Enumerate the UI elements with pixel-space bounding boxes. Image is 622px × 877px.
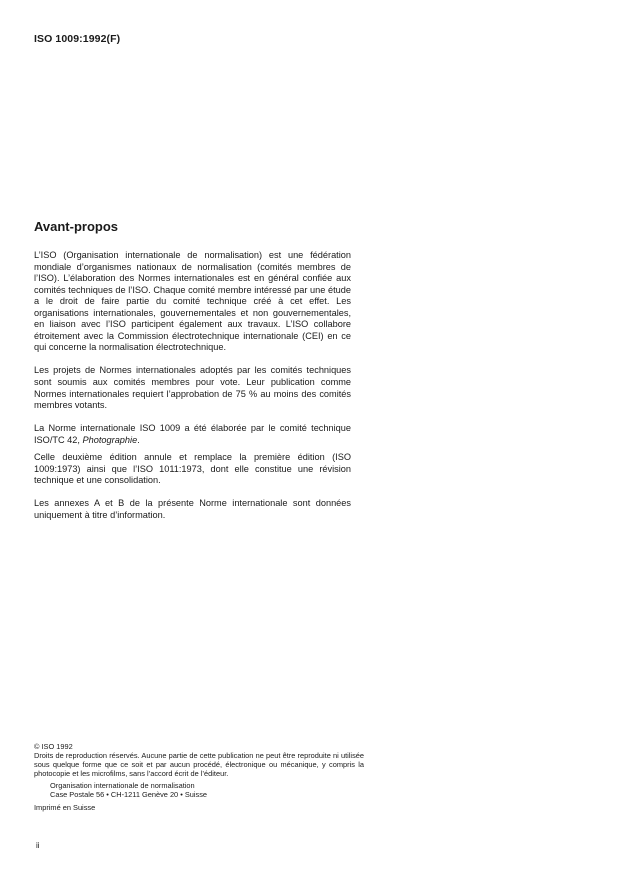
committee-name: Photographie xyxy=(83,435,138,445)
page-number: ii xyxy=(36,841,40,850)
rights-statement: Droits de reproduction réservés. Aucune … xyxy=(34,751,364,778)
document-id: ISO 1009:1992(F) xyxy=(34,33,120,45)
copyright-notice: © ISO 1992 xyxy=(34,742,364,751)
section-title: Avant-propos xyxy=(34,219,118,234)
paragraph-edition: Celle deuxième édition annule et remplac… xyxy=(34,452,351,487)
paragraph-annexes: Les annexes A et B de la présente Norme … xyxy=(34,498,351,521)
copyright-block: © ISO 1992 Droits de reproduction réserv… xyxy=(34,742,364,812)
paragraph-committee: La Norme internationale ISO 1009 a été é… xyxy=(34,423,351,446)
organisation-address: Case Postale 56 • CH-1211 Genève 20 • Su… xyxy=(34,790,364,799)
organisation-name: Organisation internationale de normalisa… xyxy=(34,781,364,790)
paragraph-voting: Les projets de Normes internationales ad… xyxy=(34,365,351,411)
foreword-body: L’ISO (Organisation internationale de no… xyxy=(34,250,351,533)
committee-suffix: . xyxy=(137,435,140,445)
paragraph-iso-intro: L’ISO (Organisation internationale de no… xyxy=(34,250,351,354)
printed-in: Imprimé en Suisse xyxy=(34,803,364,812)
